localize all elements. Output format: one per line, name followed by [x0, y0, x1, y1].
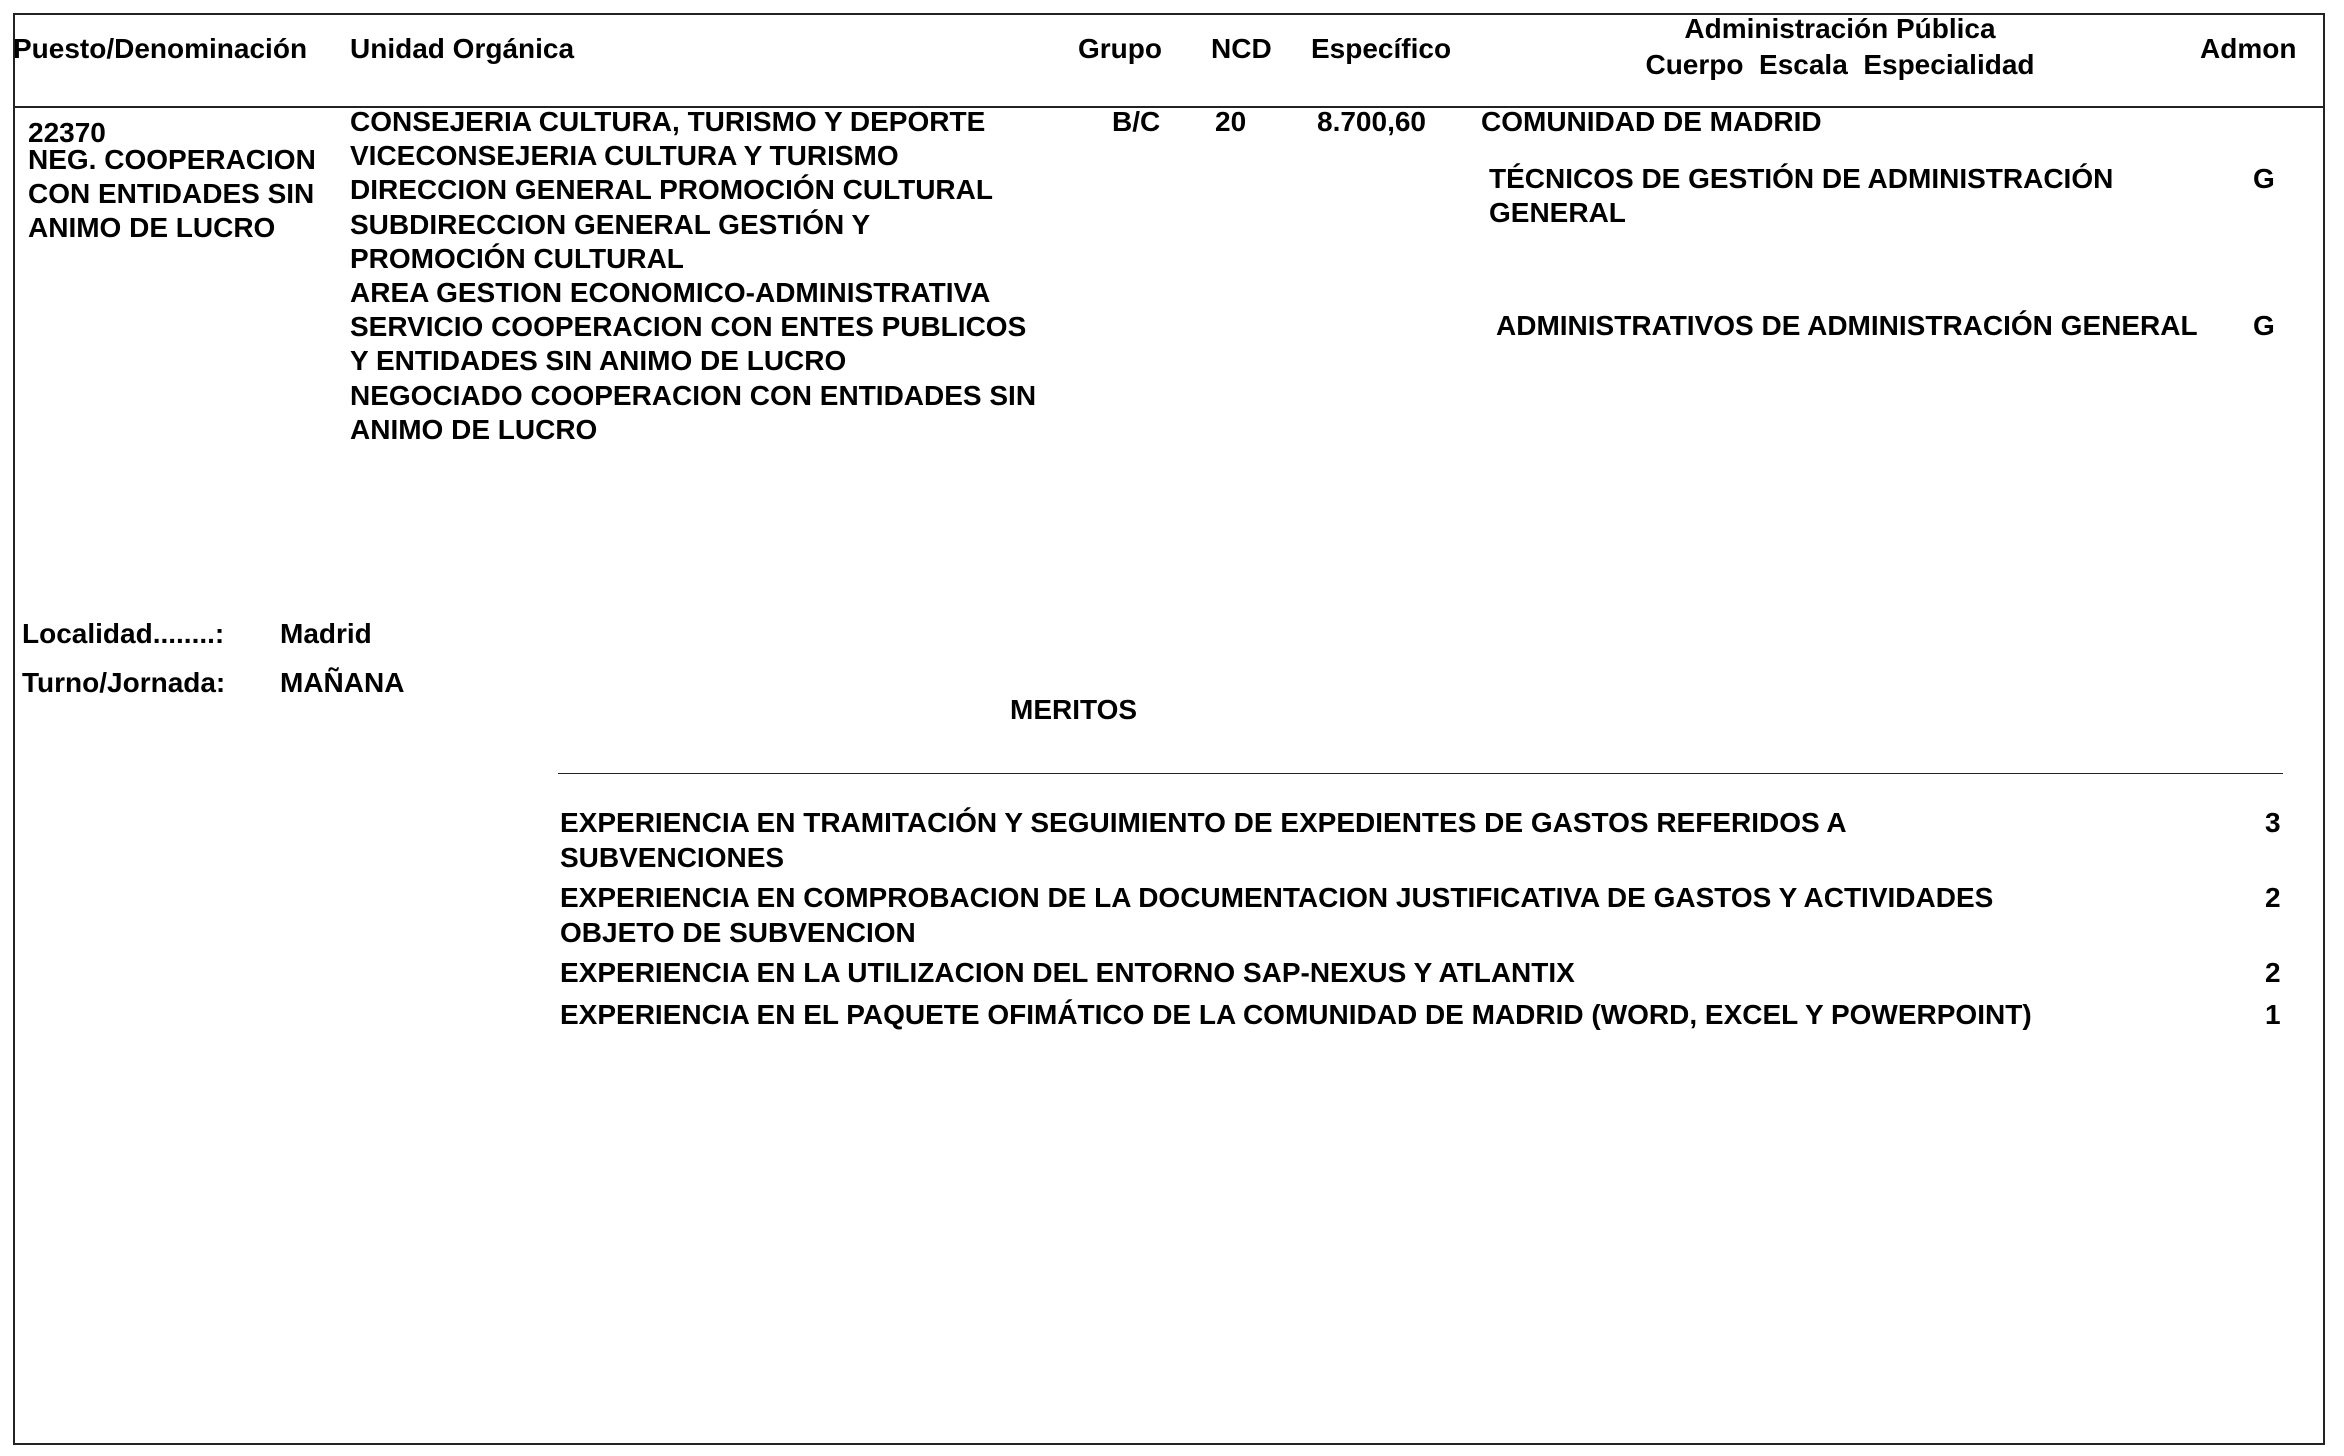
meritos-divider	[558, 773, 2283, 774]
unidad-line: VICECONSEJERIA CULTURA Y TURISMO	[350, 139, 1036, 173]
merito-text: SUBVENCIONES	[560, 841, 1847, 876]
denominacion-line: ANIMO DE LUCRO	[28, 211, 316, 245]
denominacion-line: CON ENTIDADES SIN	[28, 177, 316, 211]
cuerpo-line: GENERAL	[1489, 196, 2113, 230]
merito-text: EXPERIENCIA EN TRAMITACIÓN Y SEGUIMIENTO…	[560, 806, 1847, 841]
cuerpo-item: ADMINISTRATIVOS DE ADMINISTRACIÓN GENERA…	[1496, 309, 2198, 343]
header-ncd: NCD	[1211, 32, 1272, 66]
merito-text: EXPERIENCIA EN LA UTILIZACION DEL ENTORN…	[560, 956, 1575, 991]
unidad-line: CONSEJERIA CULTURA, TURISMO Y DEPORTE	[350, 105, 1036, 139]
unidad-line: Y ENTIDADES SIN ANIMO DE LUCRO	[350, 344, 1036, 378]
merito-puntos: 2	[2265, 956, 2281, 991]
unidad-organica: CONSEJERIA CULTURA, TURISMO Y DEPORTE VI…	[350, 105, 1036, 447]
header-admin-publica: Administración Pública	[1600, 12, 2080, 46]
unidad-line: AREA GESTION ECONOMICO-ADMINISTRATIVA	[350, 276, 1036, 310]
turno-label: Turno/Jornada:	[22, 666, 225, 700]
ncd-value: 20	[1215, 105, 1246, 139]
unidad-line: NEGOCIADO COOPERACION CON ENTIDADES SIN	[350, 379, 1036, 413]
turno-value: MAÑANA	[280, 666, 404, 700]
header-unidad: Unidad Orgánica	[350, 32, 574, 66]
cuerpo-line: TÉCNICOS DE GESTIÓN DE ADMINISTRACIÓN	[1489, 162, 2113, 196]
unidad-line: DIRECCION GENERAL PROMOCIÓN CULTURAL	[350, 173, 1036, 207]
merito-puntos: 1	[2265, 998, 2281, 1033]
cuerpo-item: TÉCNICOS DE GESTIÓN DE ADMINISTRACIÓN GE…	[1489, 162, 2113, 230]
merito-puntos: 3	[2265, 806, 2281, 841]
unidad-line: PROMOCIÓN CULTURAL	[350, 242, 1036, 276]
cuerpo-admon: G	[2253, 162, 2275, 196]
denominacion-line: NEG. COOPERACION	[28, 143, 316, 177]
merito-text: EXPERIENCIA EN COMPROBACION DE LA DOCUME…	[560, 881, 1993, 916]
meritos-title: MERITOS	[1010, 693, 1137, 727]
administracion-value: COMUNIDAD DE MADRID	[1481, 105, 1822, 139]
header-cuerpo-escala: Cuerpo Escala Especialidad	[1600, 48, 2080, 82]
unidad-line: SUBDIRECCION GENERAL GESTIÓN Y	[350, 208, 1036, 242]
unidad-line: ANIMO DE LUCRO	[350, 413, 1036, 447]
unidad-line: SERVICIO COOPERACION CON ENTES PUBLICOS	[350, 310, 1036, 344]
merito-puntos: 2	[2265, 881, 2281, 916]
especifico-value: 8.700,60	[1317, 105, 1426, 139]
header-grupo: Grupo	[1078, 32, 1162, 66]
cuerpo-line: ADMINISTRATIVOS DE ADMINISTRACIÓN GENERA…	[1496, 309, 2198, 343]
localidad-value: Madrid	[280, 617, 372, 651]
header-especifico: Específico	[1311, 32, 1451, 66]
merito-text: EXPERIENCIA EN EL PAQUETE OFIMÁTICO DE L…	[560, 998, 2032, 1033]
merito-text: OBJETO DE SUBVENCION	[560, 916, 1993, 951]
localidad-label: Localidad........:	[22, 617, 224, 651]
grupo-value: B/C	[1112, 105, 1160, 139]
cuerpo-admon: G	[2253, 309, 2275, 343]
puesto-denominacion: NEG. COOPERACION CON ENTIDADES SIN ANIMO…	[28, 143, 316, 246]
header-admon: Admon	[2200, 32, 2296, 66]
header-puesto: Puesto/Denominación	[13, 32, 307, 66]
